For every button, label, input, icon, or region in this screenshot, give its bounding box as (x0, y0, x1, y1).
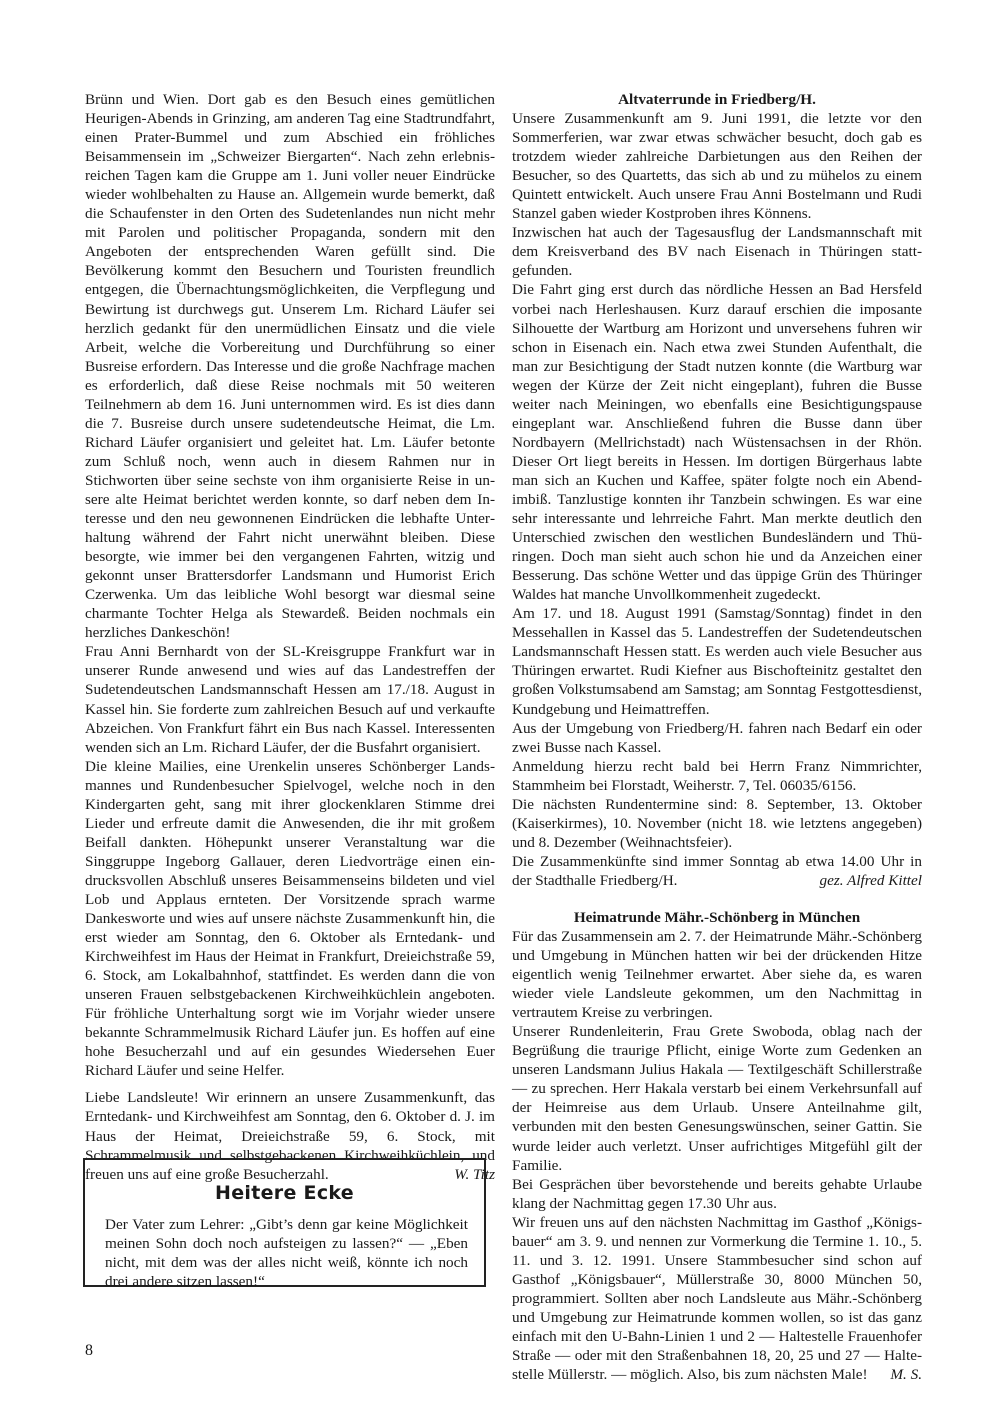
article-paragraph: Bei Gesprächen über bevorstehende und be… (512, 1175, 922, 1213)
author-signature: gez. Alfred Kittel (819, 871, 922, 890)
article-paragraph: Unserer Rundenleiterin, Frau Grete Swobo… (512, 1022, 922, 1174)
article-paragraph: Die kleine Mailies, eine Urenkelin unser… (85, 757, 495, 1081)
page-number: 8 (85, 1342, 93, 1360)
article-paragraph: Brünn und Wien. Dort gab es den Besuch e… (85, 90, 495, 642)
left-column: Brünn und Wien. Dort gab es den Besuch e… (85, 90, 495, 1184)
article-paragraph: Anmeldung hierzu recht bald bei Herrn Fr… (512, 757, 922, 795)
humor-box-title: Heitere Ecke (85, 1182, 484, 1204)
closing-text: Wir freuen uns auf den nächsten Nachmitt… (512, 1214, 922, 1383)
article-paragraph: Inzwischen hat auch der Tagesausflug der… (512, 223, 922, 280)
article-paragraph: Aus der Umgebung von Friedberg/H. fahren… (512, 719, 922, 757)
article-paragraph: Die nächsten Rundentermine sind: 8. Sept… (512, 795, 922, 852)
article-paragraph: Unsere Zusammenkunft am 9. Juni 1991, di… (512, 109, 922, 223)
article-paragraph: Für das Zusammensein am 2. 7. der Heimat… (512, 927, 922, 1022)
humor-box: Heitere Ecke Der Vater zum Lehrer: „Gibt… (83, 1158, 486, 1287)
article-paragraph: Die Fahrt ging erst durch das nördliche … (512, 280, 922, 604)
article-paragraph: Frau Anni Bernhardt von der SL-Kreisgrup… (85, 642, 495, 756)
closing-paragraph: Die Zusammenkünfte sind immer Sonntag ab… (512, 852, 922, 890)
section-heading-altvaterrunde: Altvaterrunde in Friedberg/H. (512, 90, 922, 109)
right-column: Altvaterrunde in Friedberg/H. Unsere Zus… (512, 90, 922, 1384)
section-heading-heimatrunde: Heimatrunde Mähr.-Schönberg in München (512, 908, 922, 927)
author-signature: M. S. (890, 1365, 922, 1384)
closing-paragraph: Wir freuen uns auf den nächsten Nachmitt… (512, 1213, 922, 1384)
humor-box-text: Der Vater zum Lehrer: „Gibt’s denn gar k… (105, 1215, 468, 1291)
article-paragraph: Am 17. und 18. August 1991 (Samstag/Sonn… (512, 604, 922, 718)
